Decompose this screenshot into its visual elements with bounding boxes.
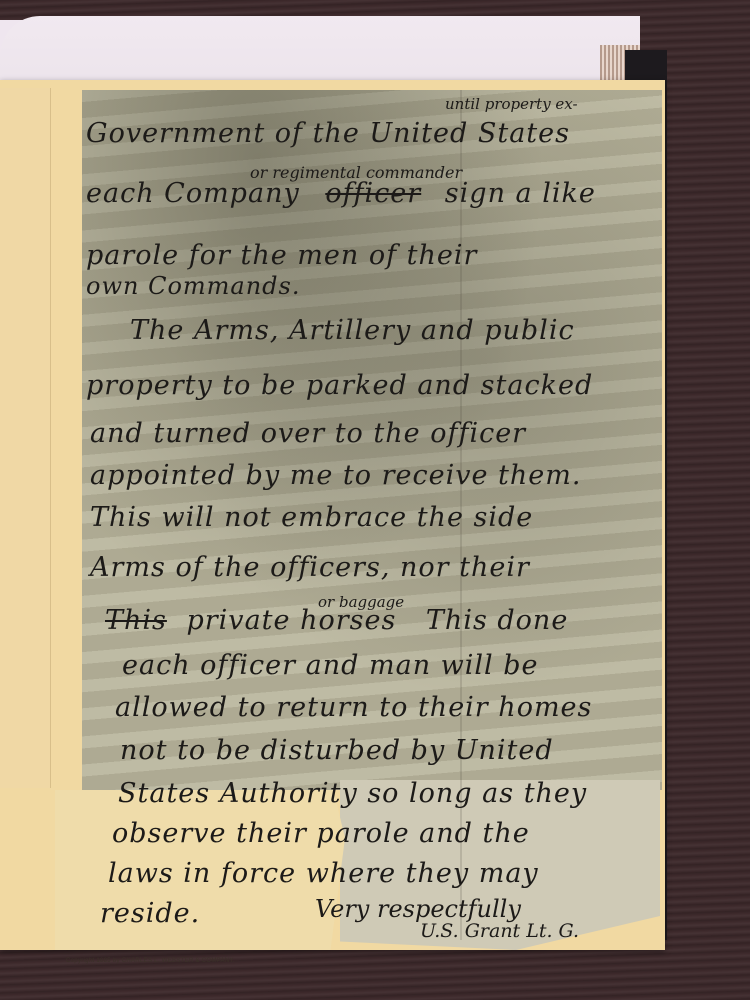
line2-text: each Company — [86, 178, 300, 209]
letter-line-5: The Arms, Artillery and public — [130, 315, 575, 346]
line11-text: private horses — [186, 605, 396, 636]
letter-line-4: own Commands. — [86, 272, 300, 300]
signature-grant: U.S. Grant Lt. G. — [420, 920, 579, 942]
letter-line-18: reside. — [100, 898, 200, 929]
line11-tail: This done — [426, 605, 568, 636]
letter-line-6: property to be parked and stacked — [86, 370, 593, 401]
letter-line-7: and turned over to the officer — [90, 418, 526, 449]
letter-line-3: parole for the men of their — [86, 240, 477, 271]
insert-until-property: until property ex- — [445, 95, 578, 113]
letter-line-13: allowed to return to their homes — [115, 692, 592, 723]
letter-line-11: This private horses This done — [105, 605, 568, 636]
letter-line-16: observe their parole and the — [112, 818, 530, 849]
line2-tail: sign a like — [445, 178, 596, 209]
letter-line-15: States Authority so long as they — [118, 778, 587, 809]
letter-line-9: This will not embrace the side — [90, 502, 533, 533]
letter-line-10: Arms of the officers, nor their — [90, 552, 530, 583]
foldout-left-flap — [0, 88, 51, 788]
struck-officer: officer — [325, 178, 421, 209]
struck-this: This — [105, 605, 167, 636]
letter-line-2: each Company officer sign a like — [86, 178, 596, 209]
copyright-notice: Copyright 1885 by CHARLES L. WEBSTER & C… — [66, 958, 235, 964]
letter-line-17: laws in force where they may — [108, 858, 539, 889]
letter-line-1: Government of the United States — [86, 118, 570, 149]
letter-line-12: each officer and man will be — [122, 650, 539, 681]
letter-line-14: not to be disturbed by United — [120, 735, 554, 766]
closing-very-respectfully: Very respectfully — [315, 895, 521, 923]
letter-line-8: appointed by me to receive them. — [90, 460, 581, 491]
